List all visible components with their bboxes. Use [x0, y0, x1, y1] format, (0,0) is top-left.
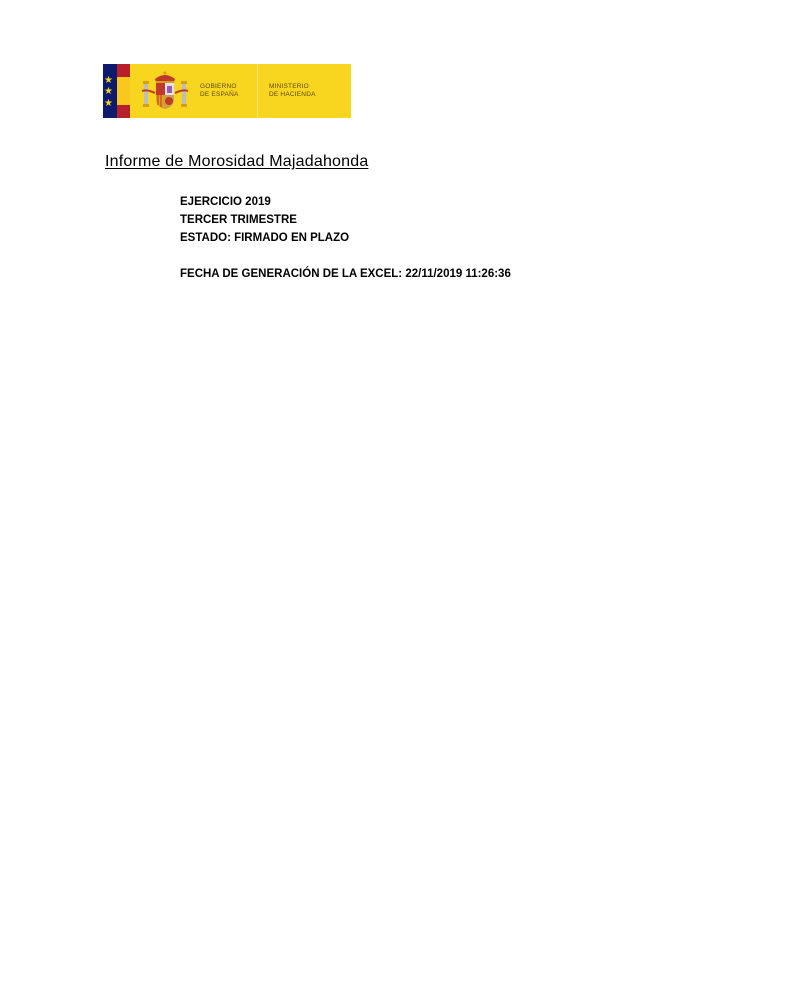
star-icon: ★: [104, 99, 113, 109]
logo-divider: [257, 64, 258, 118]
spain-flag-red-bottom: [117, 105, 130, 118]
spain-flag-yellow: [117, 77, 130, 105]
fecha-generacion-label: FECHA DE GENERACIÓN DE LA EXCEL: 22/11/2…: [180, 265, 511, 283]
ministry-line2: DE HACIENDA: [269, 91, 316, 99]
trimestre-label: TERCER TRIMESTRE: [180, 211, 511, 229]
estado-label: ESTADO: FIRMADO EN PLAZO: [180, 229, 511, 247]
coat-of-arms-icon: [139, 69, 191, 113]
ministry-line1: MINISTERIO: [269, 83, 316, 91]
spain-flag-red-top: [117, 64, 130, 77]
ministry-label: MINISTERIO DE HACIENDA: [269, 83, 316, 99]
spacer: [180, 247, 511, 265]
government-logo: ★ ★ ★ GOBIERNO DE ESPAÑA MINISTERIO DE H…: [103, 64, 351, 118]
star-icon: ★: [104, 76, 113, 86]
government-line1: GOBIERNO: [200, 83, 239, 91]
government-line2: DE ESPAÑA: [200, 91, 239, 99]
government-label: GOBIERNO DE ESPAÑA: [200, 83, 239, 99]
report-info: EJERCICIO 2019 TERCER TRIMESTRE ESTADO: …: [180, 193, 511, 283]
report-title: Informe de Morosidad Majadahonda: [105, 153, 368, 171]
star-icon: ★: [104, 87, 113, 97]
ejercicio-label: EJERCICIO 2019: [180, 193, 511, 211]
